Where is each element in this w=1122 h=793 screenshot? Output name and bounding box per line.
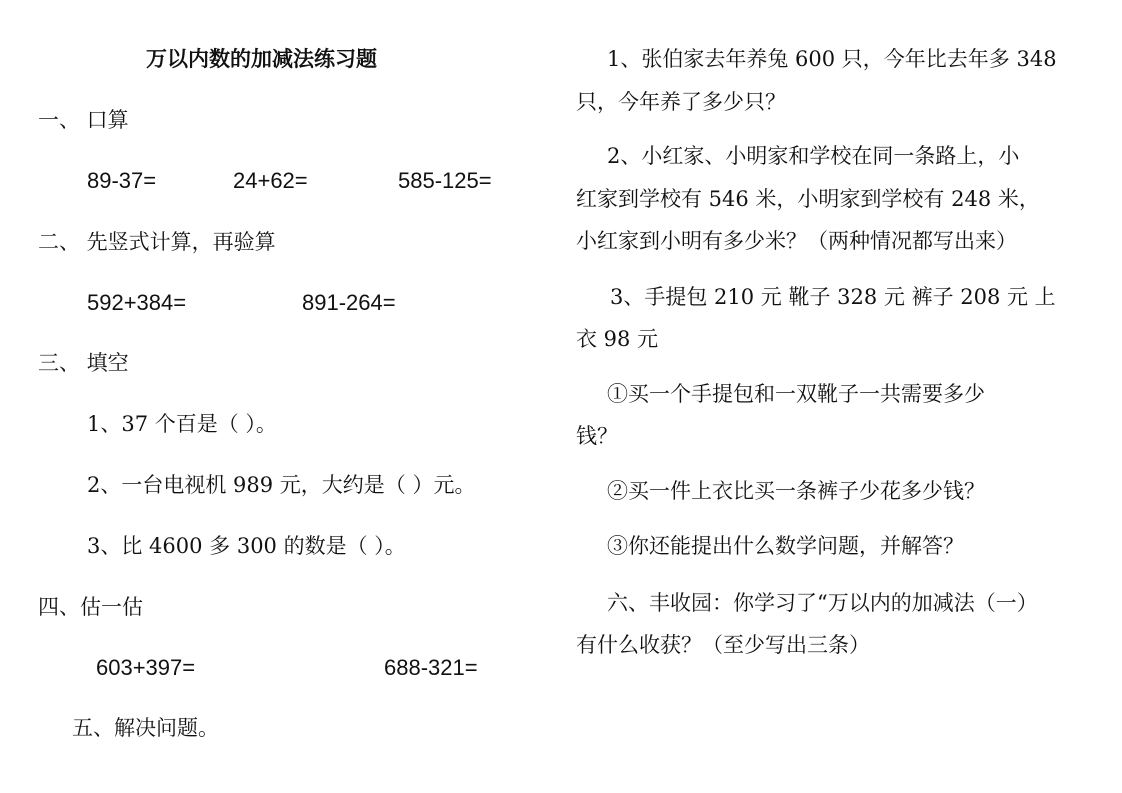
section6-line2: 有什么收获？（至少写出三条） <box>576 631 870 659</box>
problem1-line2: 只，今年养了多少只？ <box>576 88 786 116</box>
section1-heading: 一、 口算 <box>38 106 129 134</box>
section5-heading: 五、解决问题。 <box>72 714 219 742</box>
section6-line1: 六、丰收园：你学习了“万以内的加减法（一） <box>607 589 1038 617</box>
problem1-line1: 1、张伯家去年养兔 600 只，今年比去年多 348 <box>607 45 1057 73</box>
mental-calc-item: 89-37= <box>87 167 156 195</box>
section3-heading: 三、 填空 <box>38 349 129 377</box>
estimate-item: 688-321= <box>384 654 478 682</box>
problem3-line1: 3、手提包 210 元 靴子 328 元 裤子 208 元 上 <box>610 283 1056 311</box>
mental-calc-item: 585-125= <box>398 167 492 195</box>
estimate-item: 603+397= <box>96 654 195 682</box>
problem2-line3: 小红家到小明有多少米？（两种情况都写出来） <box>576 227 1017 255</box>
problem3-q1-line1: ①买一个手提包和一双靴子一共需要多少 <box>607 380 985 408</box>
vertical-calc-item: 891-264= <box>302 289 396 317</box>
problem2-line2: 红家到学校有 546 米，小明家到学校有 248 米， <box>576 185 1040 213</box>
problem3-q1-line2: 钱？ <box>576 422 618 450</box>
section4-heading: 四、估一估 <box>38 593 143 621</box>
page-title: 万以内数的加减法练习题 <box>146 45 377 73</box>
fill-blank-item: 2、一台电视机 989 元，大约是（ ）元。 <box>87 471 475 499</box>
problem3-q3: ③你还能提出什么数学问题，并解答？ <box>607 532 964 560</box>
fill-blank-item: 1、37 个百是（ ）。 <box>87 410 277 438</box>
problem2-line1: 2、小红家、小明家和学校在同一条路上，小 <box>607 142 1019 170</box>
problem3-line2: 衣 98 元 <box>576 325 658 353</box>
section2-heading: 二、 先竖式计算，再验算 <box>38 228 276 256</box>
problem3-q2: ②买一件上衣比买一条裤子少花多少钱？ <box>607 477 985 505</box>
mental-calc-item: 24+62= <box>233 167 308 195</box>
vertical-calc-item: 592+384= <box>87 289 186 317</box>
fill-blank-item: 3、比 4600 多 300 的数是（ ）。 <box>87 532 406 560</box>
